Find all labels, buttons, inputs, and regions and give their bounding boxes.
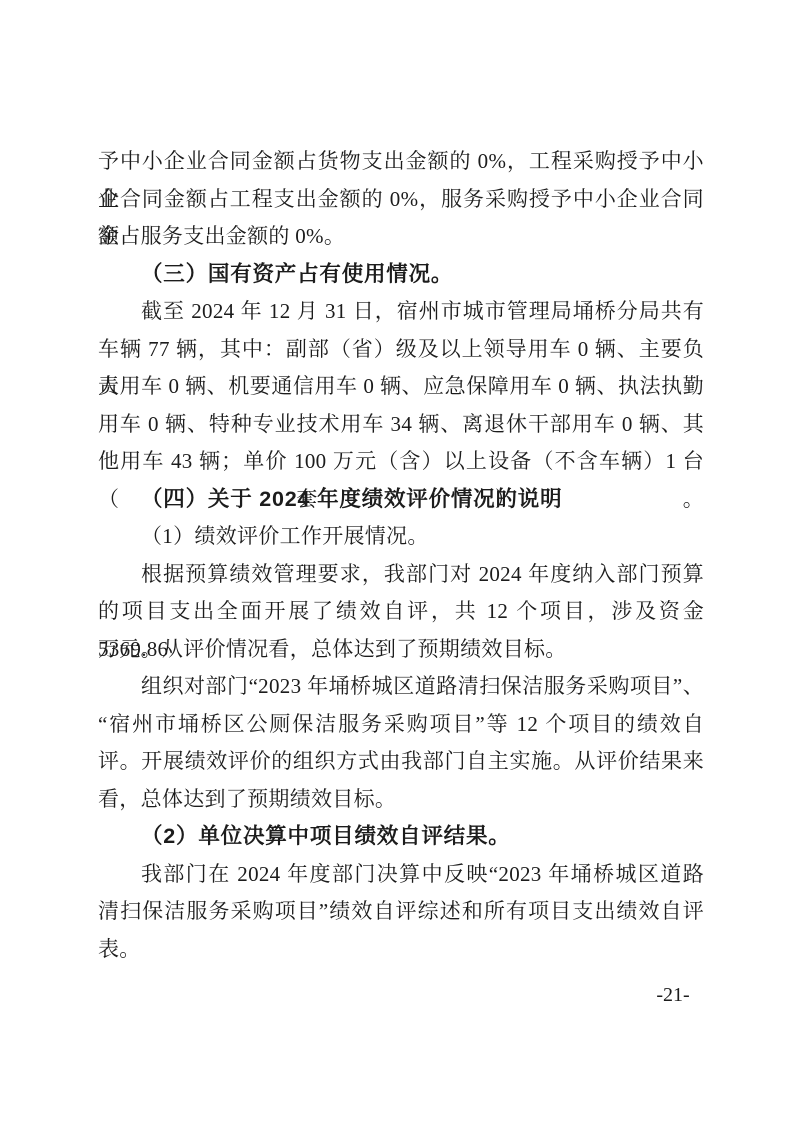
subsection-heading-eval-work: （1）绩效评价工作开展情况。 <box>98 518 704 556</box>
text-line: 截至 2024 年 12 月 31 日，宿州市城市管理局埇桥分局共有 <box>98 293 704 331</box>
document-page: 予中小企业合同金额占货物支出金额的 0%，工程采购授予中小企 业合同金额占工程支… <box>0 0 793 1122</box>
text-line: 的项目支出全面开展了绩效自评，共 12 个项目，涉及资金 5369.86 <box>98 593 704 631</box>
text-line: 车辆 77 辆，其中：副部（省）级及以上领导用车 0 辆、主要负责 <box>98 331 704 369</box>
text-line: 予中小企业合同金额占货物支出金额的 0%，工程采购授予中小企 <box>98 143 704 181</box>
text-line: “宿州市埇桥区公厕保洁服务采购项目”等 12 个项目的绩效自 <box>98 706 704 744</box>
text-line: 看，总体达到了预期绩效目标。 <box>98 781 704 819</box>
document-body: 予中小企业合同金额占货物支出金额的 0%，工程采购授予中小企 业合同金额占工程支… <box>98 143 704 968</box>
section-heading-state-assets: （三）国有资产占有使用情况。 <box>98 256 704 294</box>
text-line: 根据预算绩效管理要求，我部门对 2024 年度纳入部门预算 <box>98 556 704 594</box>
text-line: 我部门在 2024 年度部门决算中反映“2023 年埇桥城区道路 <box>98 856 704 894</box>
text-line: 组织对部门“2023 年埇桥城区道路清扫保洁服务采购项目”、 <box>98 668 704 706</box>
section-heading-self-eval-results: （2）单位决算中项目绩效自评结果。 <box>98 818 704 856</box>
text-line: 他用车 43 辆；单价 100 万元（含）以上设备（不含车辆）1 台（套）。 <box>98 443 704 481</box>
text-line: 用车 0 辆、特种专业技术用车 34 辆、离退休干部用车 0 辆、其 <box>98 406 704 444</box>
text-line: 万元。从评价情况看，总体达到了预期绩效目标。 <box>98 631 704 669</box>
text-line: 清扫保洁服务采购项目”绩效自评综述和所有项目支出绩效自评 <box>98 893 704 931</box>
text-line: 业合同金额占工程支出金额的 0%，服务采购授予中小企业合同金 <box>98 181 704 219</box>
page-number: -21- <box>648 984 698 1007</box>
text-line: 评。开展绩效评价的组织方式由我部门自主实施。从评价结果来 <box>98 743 704 781</box>
text-line: 表。 <box>98 931 704 969</box>
text-line: 人用车 0 辆、机要通信用车 0 辆、应急保障用车 0 辆、执法执勤 <box>98 368 704 406</box>
text-line: 额占服务支出金额的 0%。 <box>98 218 704 256</box>
